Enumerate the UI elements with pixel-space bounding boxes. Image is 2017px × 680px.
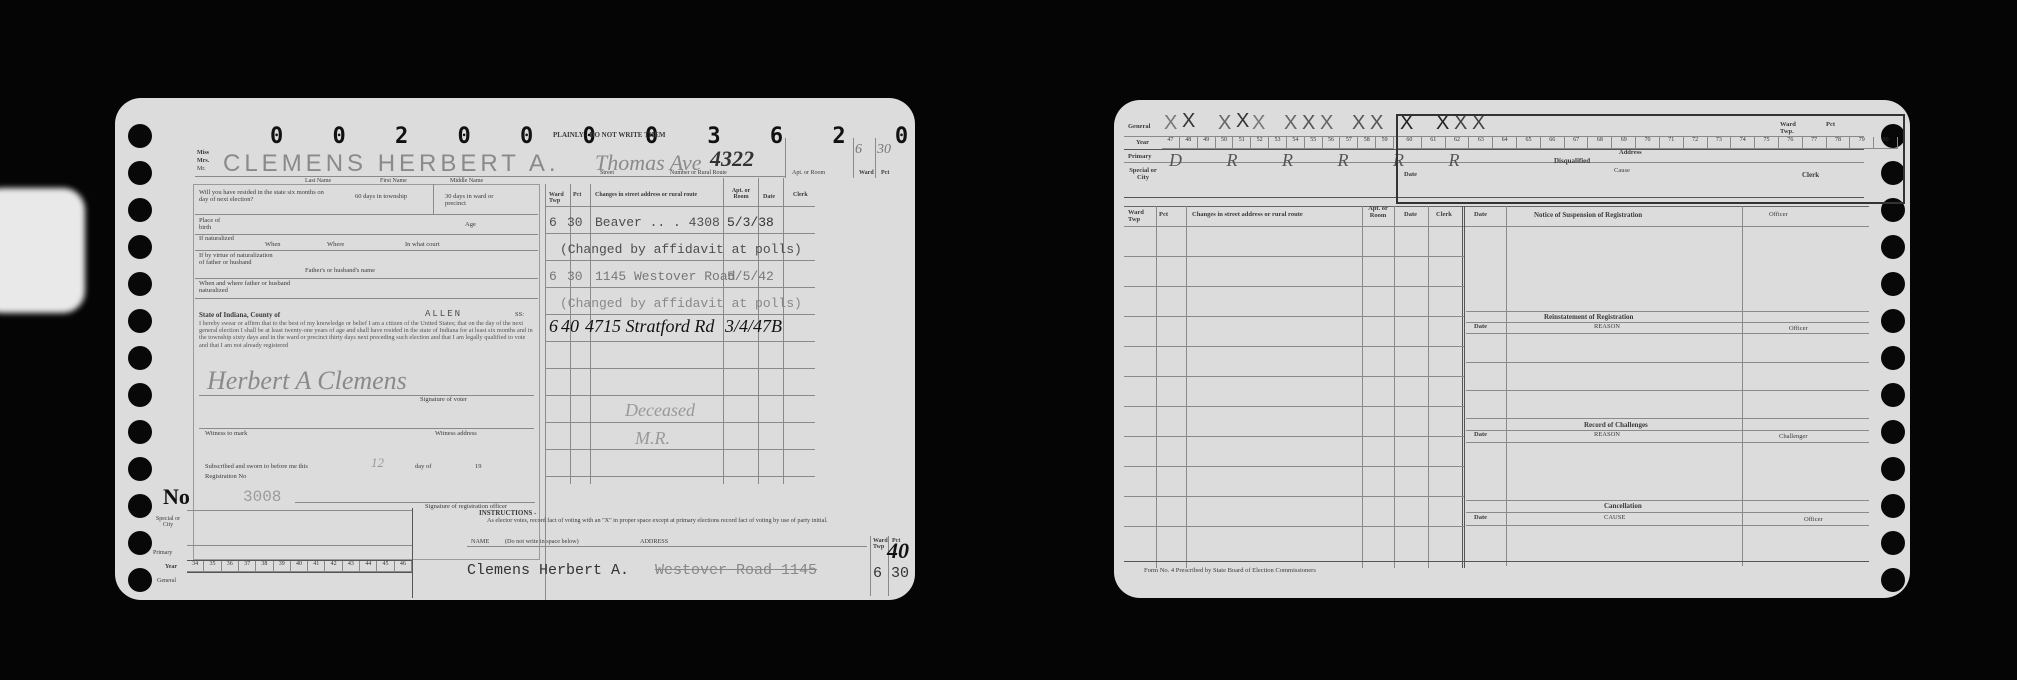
typed-name: Clemens Herbert A. (467, 562, 629, 579)
subscribed-label: Subscribed and sworn to before me this (205, 464, 308, 471)
number-mark: No (163, 486, 190, 508)
punch-hole (1881, 531, 1905, 555)
birth-label: Place of birth (199, 218, 229, 231)
prefix-mr: Mr. (197, 166, 206, 172)
ward-days-label: 30 days in ward or precinct (445, 194, 515, 207)
voter-name: CLEMENS HERBERT A. (223, 150, 560, 178)
number-label: Number or Rural Route (670, 170, 727, 176)
when-label: When (265, 242, 281, 249)
grid-label-general: General (157, 578, 176, 584)
typed-address-struck: Westover Road 1145 (655, 562, 817, 579)
pct-value: 30 (877, 142, 891, 158)
cancellation-date-label: Date (1474, 515, 1487, 522)
ward-label: Ward (859, 170, 874, 176)
back-label-special: Special or City (1128, 168, 1158, 181)
punch-hole (128, 235, 152, 259)
oath-text: I hereby swear or affirm that to the bes… (199, 320, 533, 349)
oath-heading: State of Indiana, County of (199, 312, 280, 319)
address-label: ADDRESS (640, 539, 668, 545)
punch-hole (128, 457, 152, 481)
punch-hole (128, 420, 152, 444)
reinstatement-reason-label: REASON (1594, 324, 1620, 331)
year-prefix: 19 (475, 464, 482, 471)
name-note: (Do not write in space below) (505, 539, 579, 545)
registration-card-front: 0 0 2 0 0 0 0 3 6 2 0 PLAINLY - DO NOT W… (115, 98, 915, 600)
instructions-pct-value: 30 (891, 565, 909, 582)
punch-hole (128, 161, 152, 185)
year-row-back-right: 60 61 62 63 64 65 66 67 68 69 70 71 72 7… (1398, 137, 1898, 149)
grid-label-year: Year (165, 564, 177, 570)
reinstatement-title: Reinstatement of Registration (1544, 314, 1633, 321)
cancellation-title: Cancellation (1604, 503, 1642, 510)
punch-hole (128, 309, 152, 333)
changes-header-date: Date (763, 194, 775, 200)
instructions-ward-label: Ward Twp (873, 538, 887, 550)
father-virtue-label: If by virtue of naturalization of father… (199, 253, 279, 266)
top-ward-label: Ward Twp. (1780, 122, 1802, 135)
age-label: Age (465, 222, 476, 229)
punch-hole (1881, 494, 1905, 518)
father-name-label: Father's or husband's name (305, 268, 375, 275)
naturalized-label: If naturalized (199, 236, 234, 243)
day-of-label: day of (415, 464, 431, 471)
cancellation-officer-label: Officer (1804, 517, 1823, 524)
changes-header-ward: Ward Twp (549, 192, 569, 204)
punch-hole (1881, 383, 1905, 407)
name-label: NAME (471, 539, 489, 545)
changes-header-clerk: Clerk (793, 192, 808, 198)
changes-header-apt: Apt. or Room (727, 188, 755, 200)
witness-mark-label: Witness to mark (205, 431, 247, 438)
changes-header-pct: Pct (573, 192, 581, 198)
top-pct-label: Pct (1826, 122, 1835, 129)
header-note: PLAINLY - DO NOT WRITE THEM (553, 132, 665, 139)
registration-number: 3008 (243, 488, 281, 506)
township-label: 60 days in township (355, 194, 415, 201)
punch-hole (128, 272, 152, 296)
form-footer: Form No. 4 Prescribed by State Board of … (1144, 568, 1316, 575)
back-changes-header-pct: Pct (1159, 212, 1168, 219)
residency-question: Will you have resided in the state six m… (199, 190, 329, 203)
father-when-where-label: When and where father or husband natural… (199, 281, 294, 294)
registration-no-label: Registration No (205, 474, 246, 481)
changes-header-address: Changes in street address or rural route (595, 192, 697, 198)
back-label-year: Year (1136, 140, 1149, 147)
instructions-title: INSTRUCTIONS - (479, 510, 536, 517)
voter-signature: Herbert A Clemens (207, 366, 407, 396)
year-row-back-left: 47 48 49 50 51 52 53 54 55 56 57 58 59 (1162, 137, 1394, 149)
reinstatement-date-label: Date (1474, 324, 1487, 331)
signature-label: Signature of voter (420, 397, 467, 404)
registration-card-back: General Year Primary Special or City 47 … (1114, 100, 1910, 598)
county-value: ALLEN (425, 309, 462, 319)
challenges-reason-label: REASON (1594, 432, 1620, 439)
witness-address-label: Witness address (435, 431, 477, 438)
ward-value: 6 (855, 142, 862, 158)
punch-hole (1881, 568, 1905, 592)
punch-hole (128, 198, 152, 222)
grid-label-special: Special or City (153, 516, 183, 528)
scanner-glare (0, 188, 85, 313)
punch-hole (1881, 235, 1905, 259)
back-label-general: General (1128, 124, 1150, 131)
back-label-primary: Primary (1128, 154, 1151, 161)
subscribed-day: 12 (371, 455, 384, 471)
ss-label: SS: (515, 312, 524, 319)
back-changes-header-ward: Ward Twp (1128, 210, 1152, 223)
pct-label: Pct (881, 170, 889, 176)
punch-hole (128, 124, 152, 148)
back-changes-header-address: Changes in street address or rural route (1192, 212, 1303, 219)
punch-hole (1881, 346, 1905, 370)
instructions-text: As elector votes, record fact of voting … (487, 518, 907, 524)
street-label: Street (600, 170, 614, 176)
back-changes-header-clerk: Clerk (1436, 212, 1452, 219)
cause-label: Cause (1614, 168, 1630, 175)
top-clerk-label: Clerk (1802, 172, 1819, 179)
where-label: Where (327, 242, 344, 249)
court-label: In what court (405, 242, 440, 249)
suspension-date-label: Date (1474, 212, 1487, 219)
date-label: Date (1404, 172, 1417, 179)
punch-hole (128, 494, 152, 518)
punch-hole (128, 531, 152, 555)
punch-hole (128, 346, 152, 370)
instructions-pct-overwrite: 40 (887, 538, 909, 564)
challenges-challenger-label: Challenger (1779, 434, 1808, 441)
instructions-ward-value: 6 (873, 565, 882, 582)
back-changes-header-date: Date (1404, 212, 1417, 219)
house-number: 4322 (710, 146, 754, 172)
challenges-date-label: Date (1474, 432, 1487, 439)
apt-label: Apt. or Room (792, 170, 825, 176)
back-changes-header-apt: Apt. or Room (1365, 206, 1391, 219)
grid-label-primary: Primary (153, 550, 172, 556)
challenges-title: Record of Challenges (1584, 422, 1648, 429)
prefix-mrs: Mrs. (197, 158, 209, 164)
address-label: Address (1619, 150, 1642, 157)
punch-hole (128, 383, 152, 407)
cancellation-cause-label: CAUSE (1604, 515, 1625, 522)
disqualified-label: Disqualified (1554, 158, 1590, 165)
punch-hole (1881, 272, 1905, 296)
initials-note: M.R. (635, 428, 670, 449)
reinstatement-officer-label: Officer (1789, 326, 1808, 333)
punch-hole (128, 568, 152, 592)
deceased-note: Deceased (625, 400, 695, 421)
punch-hole (1881, 457, 1905, 481)
suspension-title: Notice of Suspension of Registration (1534, 212, 1642, 219)
punch-hole (1881, 309, 1905, 333)
punch-hole (1881, 420, 1905, 444)
voting-grid-front (187, 510, 412, 596)
prefix-miss: Miss (197, 150, 209, 156)
year-row-front: 34 35 36 37 38 39 40 41 42 43 44 45 46 (187, 561, 412, 572)
suspension-officer-label: Officer (1769, 212, 1788, 219)
